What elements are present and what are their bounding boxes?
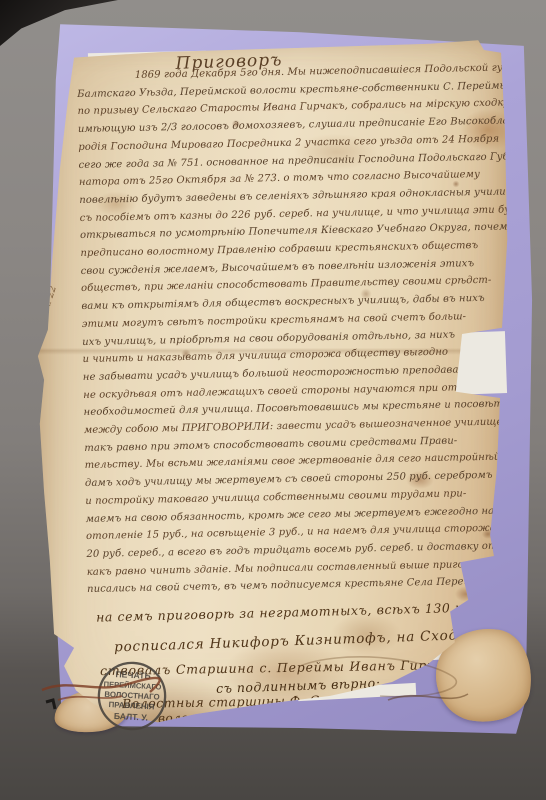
manuscript-sheet: Приговоръ № 22 1869 года Декабря 5го дня… [36,34,512,730]
manuscript-body: 1869 года Декабря 5го дня. Мы нижеподпис… [77,59,518,599]
photo-scene: Приговоръ № 22 1869 года Декабря 5го дня… [0,0,546,800]
volost-seal-stamp: ПЕЧАТЬ ПЕРЕЙМСКАГО ВОЛОСТНАГО ПРАВЛЕНІЯ … [94,658,170,734]
seal-text: БАЛТ. У. [114,711,149,723]
margin-number-note: № 22 [41,284,59,310]
seal-text: ПЕЧАТЬ [115,669,151,681]
seal-text: ПРАВЛЕНІЯ [108,700,155,711]
dark-edge-mark [46,700,55,709]
